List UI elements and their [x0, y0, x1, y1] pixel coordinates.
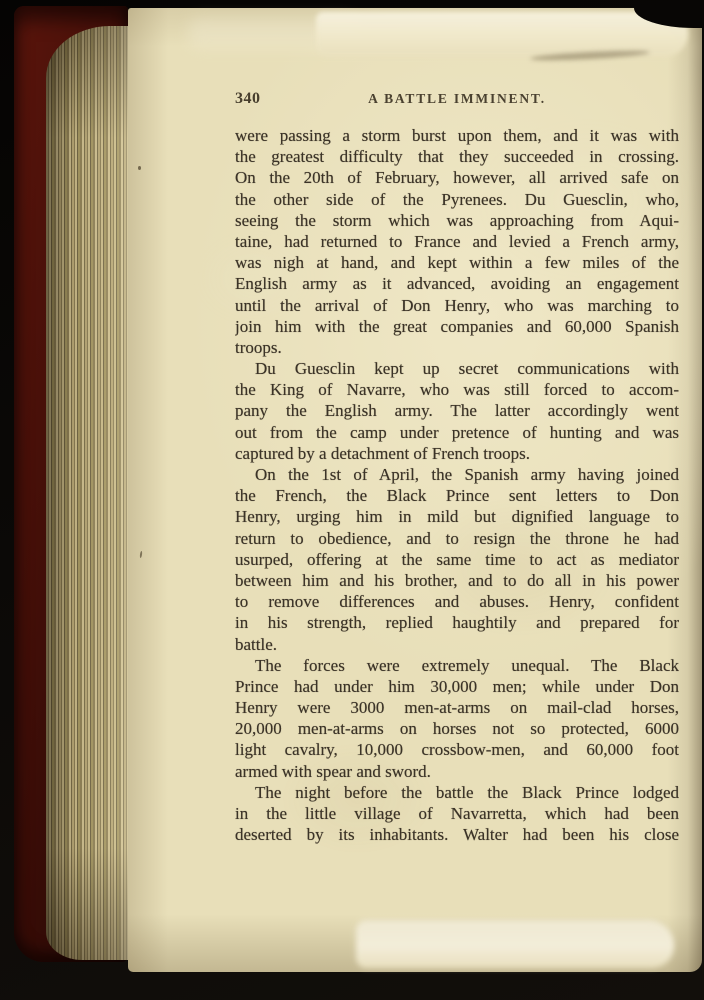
text-line: the greatest difficulty that they succee… [235, 146, 679, 167]
text-line: was nigh at hand, and kept within a few … [235, 252, 679, 273]
text-line: captured by a detachment of French troop… [235, 443, 679, 464]
text-line: return to obedience, and to resign the t… [235, 528, 679, 549]
text-line: troops. [235, 337, 679, 358]
page-edges-left [46, 26, 138, 960]
page-blemish [138, 166, 141, 170]
text-line: The night before the battle the Black Pr… [235, 782, 679, 803]
text-line: Henry, urging him in mild but dignified … [235, 506, 679, 527]
text-line: to remove differences and abuses. Henry,… [235, 591, 679, 612]
book-page: 340 A BATTLE IMMINENT. were passing a st… [128, 8, 702, 972]
text-line: armed with spear and sword. [235, 761, 679, 782]
running-header: A BATTLE IMMINENT. [297, 91, 617, 107]
text-line: On the 20th of February, however, all ar… [235, 167, 679, 188]
text-line: Du Guesclin kept up secret communication… [235, 358, 679, 379]
page-blemish [140, 551, 143, 558]
text-line: usurped, offering at the same time to ac… [235, 549, 679, 570]
text-line: English army as it advanced, avoiding an… [235, 273, 679, 294]
text-line: in the little village of Navarretta, whi… [235, 803, 679, 824]
bottom-page-edge-highlight [356, 920, 674, 968]
text-line: the King of Navarre, who was still force… [235, 379, 679, 400]
text-line: until the arrival of Don Henry, who was … [235, 295, 679, 316]
text-line: out from the camp under pretence of hunt… [235, 422, 679, 443]
text-line: pany the English army. The latter accord… [235, 400, 679, 421]
text-block: were passing a storm burst upon them, an… [235, 125, 679, 845]
page-header: 340 A BATTLE IMMINENT. [235, 90, 679, 108]
text-line: join him with the great companies and 60… [235, 316, 679, 337]
text-line: Henry were 3000 men-at-arms on mail-clad… [235, 697, 679, 718]
text-line: the other side of the Pyrenees. Du Guesc… [235, 189, 679, 210]
text-line: the French, the Black Prince sent letter… [235, 485, 679, 506]
text-line: in his strength, replied haughtily and p… [235, 612, 679, 633]
text-line: light cavalry, 10,000 crossbow-men, and … [235, 739, 679, 760]
book-photo: 340 A BATTLE IMMINENT. were passing a st… [0, 0, 704, 1000]
text-line: between him and his brother, and to do a… [235, 570, 679, 591]
text-line: Prince had under him 30,000 men; while u… [235, 676, 679, 697]
text-line: were passing a storm burst upon them, an… [235, 125, 679, 146]
text-line: 20,000 men-at-arms on horses not so prot… [235, 718, 679, 739]
text-line: battle. [235, 634, 679, 655]
text-line: deserted by its inhabitants. Walter had … [235, 824, 679, 845]
text-line: seeing the storm which was approaching f… [235, 210, 679, 231]
page-number: 340 [235, 90, 297, 108]
text-line: The forces were extremely unequal. The B… [235, 655, 679, 676]
text-line: On the 1st of April, the Spanish army ha… [235, 464, 679, 485]
text-line: taine, had returned to France and levied… [235, 231, 679, 252]
